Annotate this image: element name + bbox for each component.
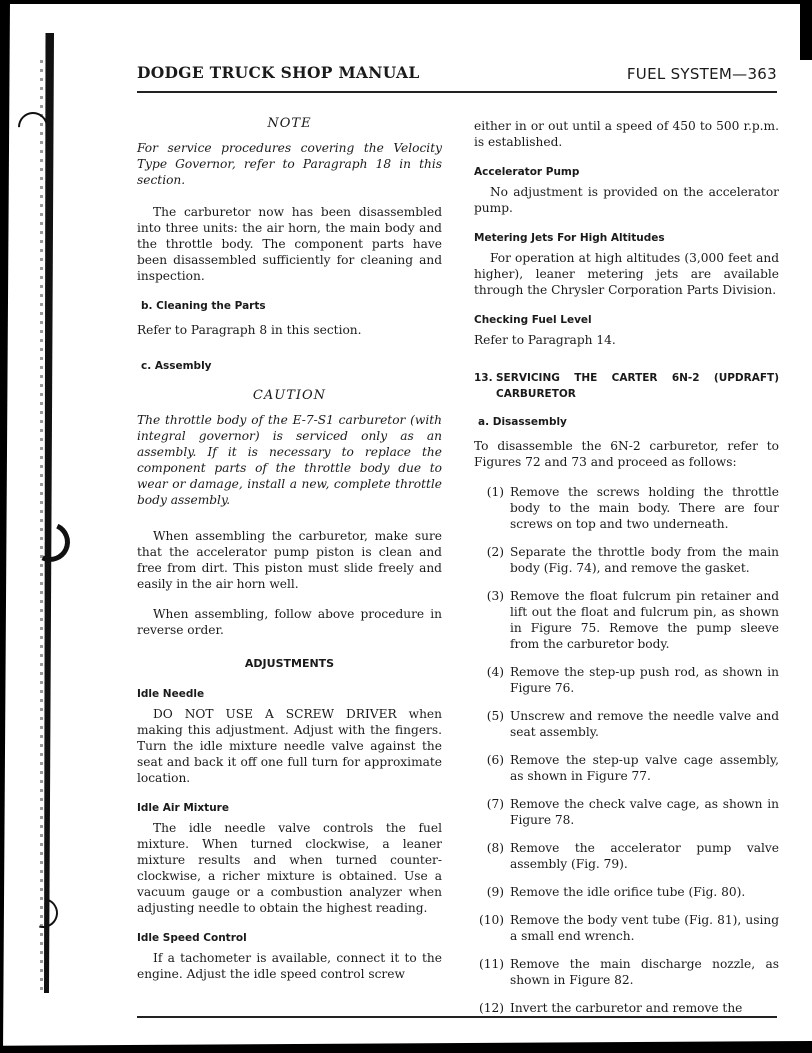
punch-hole-icon — [23, 893, 64, 934]
adjustments-heading: ADJUSTMENTS — [137, 656, 442, 672]
assembly-paragraph-1: When assembling the carburetor, make sur… — [137, 528, 442, 592]
metering-jets-text: For operation at high altitudes (3,000 f… — [474, 250, 779, 298]
step-number: (11) — [474, 956, 510, 988]
scan-border-right — [800, 0, 812, 60]
section-title: SERVICING THE CARTER 6N-2 (UPDRAFT) CARB… — [496, 370, 779, 402]
step-text: Remove the float fulcrum pin retainer an… — [510, 588, 779, 652]
step-number: (9) — [474, 884, 510, 900]
step-number: (10) — [474, 912, 510, 944]
idle-needle-heading: Idle Needle — [137, 686, 442, 702]
step-number: (5) — [474, 708, 510, 740]
step-item: (7)Remove the check valve cage, as shown… — [474, 796, 779, 828]
step-text: Remove the screws holding the throttle b… — [510, 484, 779, 532]
cleaning-text: Refer to Paragraph 8 in this section. — [137, 322, 442, 338]
caution-title: CAUTION — [137, 388, 442, 404]
accelerator-pump-heading: Accelerator Pump — [474, 164, 779, 180]
continuation-text: either in or out until a speed of 450 to… — [474, 118, 779, 150]
section-number: 13. — [474, 370, 496, 402]
step-text: Remove the body vent tube (Fig. 81), usi… — [510, 912, 779, 944]
step-text: Remove the check valve cage, as shown in… — [510, 796, 779, 828]
scan-border-bottom — [0, 1041, 812, 1053]
step-number: (3) — [474, 588, 510, 652]
step-text: Remove the main discharge nozzle, as sho… — [510, 956, 779, 988]
step-number: (6) — [474, 752, 510, 784]
right-column: either in or out until a speed of 450 to… — [474, 118, 779, 1028]
cleaning-heading: b. Cleaning the Parts — [141, 298, 442, 314]
disassembly-heading: a. Disassembly — [478, 414, 779, 430]
step-number: (2) — [474, 544, 510, 576]
step-item: (6)Remove the step-up valve cage assembl… — [474, 752, 779, 784]
step-number: (4) — [474, 664, 510, 696]
step-item: (12)Invert the carburetor and remove the — [474, 1000, 779, 1016]
manual-title: DODGE TRUCK SHOP MANUAL — [137, 63, 420, 82]
binding-edge — [44, 33, 54, 993]
step-text: Remove the step-up valve cage assembly, … — [510, 752, 779, 784]
step-text: Separate the throttle body from the main… — [510, 544, 779, 576]
fuel-level-text: Refer to Paragraph 14. — [474, 332, 779, 348]
step-text: Unscrew and remove the needle valve and … — [510, 708, 779, 740]
idle-speed-control-heading: Idle Speed Control — [137, 930, 442, 946]
assembly-paragraph-2: When assembling, follow above procedure … — [137, 606, 442, 638]
step-item: (10)Remove the body vent tube (Fig. 81),… — [474, 912, 779, 944]
fuel-level-heading: Checking Fuel Level — [474, 312, 779, 328]
step-number: (1) — [474, 484, 510, 532]
step-item: (11)Remove the main discharge nozzle, as… — [474, 956, 779, 988]
scan-border-top — [0, 0, 812, 4]
scan-border-left — [0, 0, 10, 1053]
step-text: Remove the step-up push rod, as shown in… — [510, 664, 779, 696]
footer-rule — [137, 1016, 777, 1018]
idle-needle-text: DO NOT USE A SCREW DRIVER when making th… — [137, 706, 442, 786]
step-number: (7) — [474, 796, 510, 828]
disassembly-steps: (1)Remove the screws holding the throttl… — [474, 484, 779, 1016]
step-item: (3)Remove the float fulcrum pin retainer… — [474, 588, 779, 652]
step-item: (4)Remove the step-up push rod, as shown… — [474, 664, 779, 696]
note-title: NOTE — [137, 116, 442, 132]
idle-air-mixture-heading: Idle Air Mixture — [137, 800, 442, 816]
step-item: (8)Remove the accelerator pump valve ass… — [474, 840, 779, 872]
step-number: (12) — [474, 1000, 510, 1016]
punch-hole-icon — [24, 516, 75, 567]
section-13-heading: 13. SERVICING THE CARTER 6N-2 (UPDRAFT) … — [474, 370, 779, 402]
section-page-number: FUEL SYSTEM—363 — [627, 65, 777, 83]
step-item: (1)Remove the screws holding the throttl… — [474, 484, 779, 532]
step-text: Remove the accelerator pump valve assemb… — [510, 840, 779, 872]
idle-speed-control-text: If a tachometer is available, connect it… — [137, 950, 442, 982]
step-number: (8) — [474, 840, 510, 872]
step-text: Remove the idle orifice tube (Fig. 80). — [510, 884, 779, 900]
left-column: NOTE For service procedures covering the… — [137, 112, 442, 996]
accelerator-pump-text: No adjustment is provided on the acceler… — [474, 184, 779, 216]
header-rule — [137, 91, 777, 93]
note-text: For service procedures covering the Velo… — [137, 140, 442, 188]
step-item: (2)Separate the throttle body from the m… — [474, 544, 779, 576]
page-header: DODGE TRUCK SHOP MANUAL FUEL SYSTEM—363 — [137, 63, 777, 89]
idle-air-mixture-text: The idle needle valve controls the fuel … — [137, 820, 442, 916]
intro-paragraph: The carburetor now has been disassembled… — [137, 204, 442, 284]
step-item: (5)Unscrew and remove the needle valve a… — [474, 708, 779, 740]
step-text: Invert the carburetor and remove the — [510, 1000, 779, 1016]
assembly-heading: c. Assembly — [141, 358, 442, 374]
step-item: (9)Remove the idle orifice tube (Fig. 80… — [474, 884, 779, 900]
metering-jets-heading: Metering Jets For High Altitudes — [474, 230, 779, 246]
caution-text: The throttle body of the E-7-S1 carburet… — [137, 412, 442, 508]
disassembly-intro: To disassemble the 6N-2 carburetor, refe… — [474, 438, 779, 470]
